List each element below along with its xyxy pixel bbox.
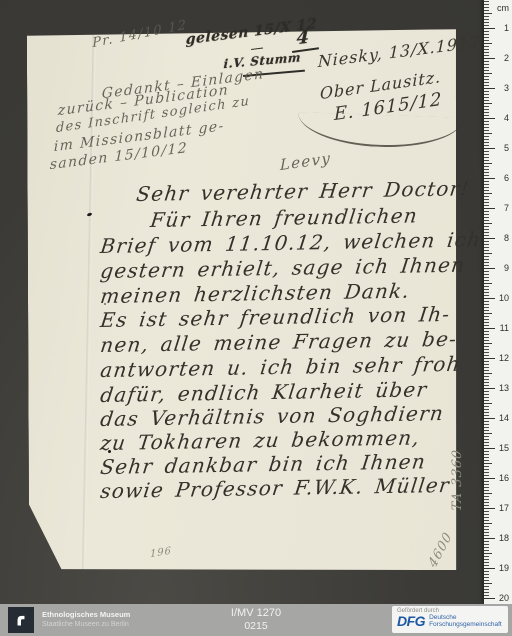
ruler-mark-label: 13	[495, 383, 509, 393]
photo-background: Pr. 14/10 12gelesen 15/X 124i.V. StummNi…	[0, 0, 512, 604]
ruler-mark-label: 7	[495, 203, 509, 213]
ruler-mark-label: 9	[495, 263, 509, 273]
ruler-mark-label: 18	[495, 533, 509, 543]
ruler-cm-ticks	[484, 28, 495, 604]
dfg-logo: DFG	[397, 614, 425, 628]
letter-paper	[27, 29, 459, 572]
measurement-ruler: cm 1234567891011121314151617181920	[484, 0, 512, 604]
scan-viewer: Pr. 14/10 12gelesen 15/X 124i.V. StummNi…	[0, 0, 512, 636]
ruler-mark-label: 15	[495, 443, 509, 453]
ruler-mark-label: 8	[495, 233, 509, 243]
ink-speck	[104, 303, 106, 305]
funding-panel: Gefördert durch DFG Deutsche Forschungsg…	[392, 606, 508, 633]
dfg-org-name: Deutsche Forschungsgemeinschaft	[429, 614, 502, 628]
ruler-mark-label: 5	[495, 143, 509, 153]
ruler-mark-label: 2	[495, 53, 509, 63]
dfg-org-line1: Deutsche	[429, 614, 456, 621]
ruler-mark-label: 16	[495, 473, 509, 483]
footer-bar: Ethnologisches Museum Staatliche Museen …	[0, 604, 512, 636]
ruler-mark-label: 19	[495, 563, 509, 573]
ink-speck	[108, 450, 111, 453]
ruler-mark-label: 6	[495, 173, 509, 183]
ruler-mark-label: 20	[495, 593, 509, 603]
ruler-mark-label: 14	[495, 413, 509, 423]
ruler-mark-label: 17	[495, 503, 509, 513]
ruler-mark-label: 11	[495, 323, 509, 333]
paper-crease	[82, 31, 96, 572]
ruler-unit-label: cm	[497, 3, 509, 13]
dfg-org-line2: Forschungsgemeinschaft	[429, 621, 502, 628]
funding-row: DFG Deutsche Forschungsgemeinschaft	[392, 614, 508, 628]
ruler-mark-label: 1	[495, 23, 509, 33]
ruler-mark-label: 10	[495, 293, 509, 303]
ruler-mark-label: 4	[495, 113, 509, 123]
ruler-mark-label: 3	[495, 83, 509, 93]
ruler-mark-label: 12	[495, 353, 509, 363]
